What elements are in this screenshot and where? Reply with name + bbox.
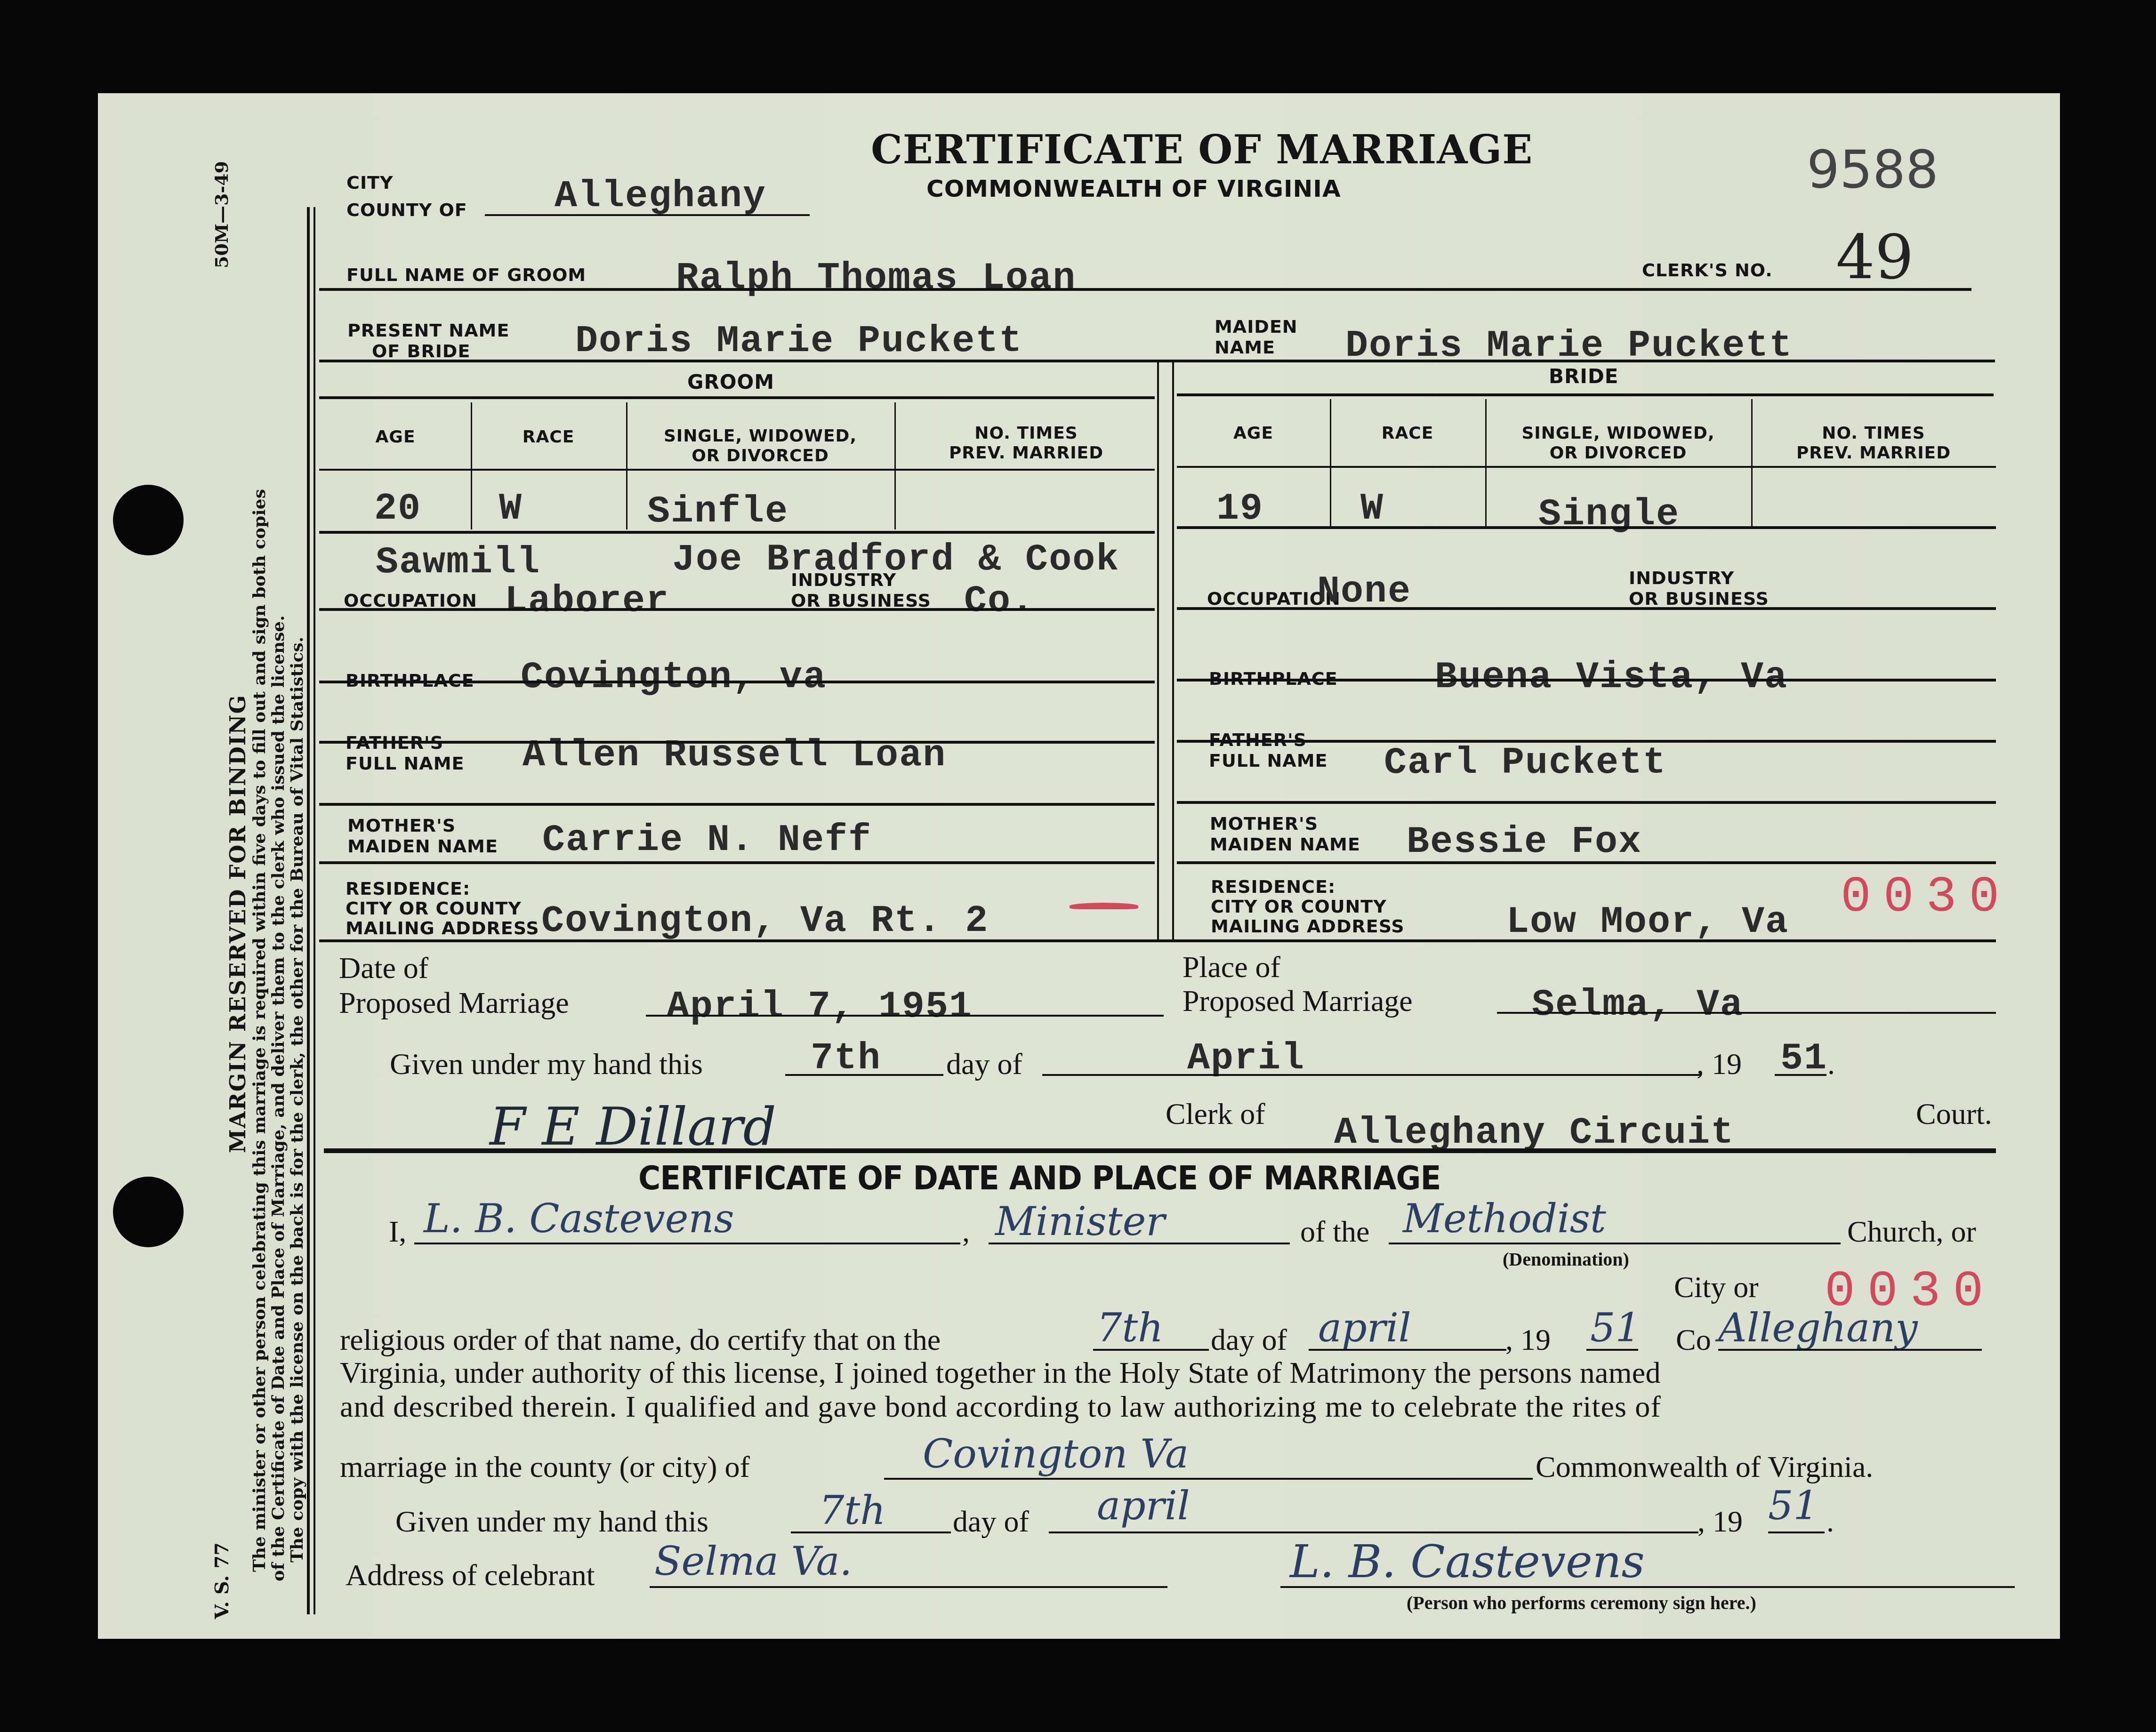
ceremony-line4-suffix: Commonwealth of Virginia. [1536,1450,1873,1484]
denomination-caption: (Denomination) [1503,1248,1629,1270]
ceremony-month-underline [1309,1349,1506,1351]
bride-industry-label-2: or Business [1629,588,1769,609]
bride-col-sep-3 [1751,399,1753,527]
groom-name-value: Ralph Thomas Loan [676,257,1076,300]
bride-heading: Bride [1549,366,1619,387]
date-underline [646,1015,1164,1017]
groom-name-rule [319,288,1971,291]
ceremony-line3: and described therein. I qualified and g… [340,1389,1661,1424]
margin-instruction-3: The copy with the license on the back is… [287,637,307,1563]
city-label: City [346,172,393,193]
bride-residence-label-3: Mailing Address [1211,916,1405,937]
ceremony-heading: CERTIFICATE OF DATE AND PLACE OF MARRIAG… [638,1159,1441,1197]
groom-col-times-2: Prev. Married [894,443,1158,463]
bride-occupation-rule [1177,607,1996,610]
ceremony-county: Alleghany [1718,1305,1918,1351]
officiant-comma: , [962,1214,970,1249]
ceremony-given-day-of: day of [953,1504,1029,1539]
groom-name-label: Full Name of Groom [346,265,586,285]
ceremony-line2: Virginia, under authority of this licens… [340,1355,1661,1390]
ceremony-year-prefix: , 19 [1505,1323,1551,1357]
address-value: Selma Va. [654,1538,852,1584]
groom-col-sep-3 [894,402,896,529]
bride-col-times-2: Prev. Married [1751,443,1996,463]
bride-col-age: Age [1177,424,1330,443]
binding-rule-outer [307,207,310,1614]
certificate-subtitle: Commonwealth of Virginia [926,175,1341,202]
groom-industry-label-1: Industry [791,569,896,590]
ceremony-given-period: . [1826,1504,1834,1539]
signature-underline [1280,1586,2015,1588]
bride-mother-label-1: Mother's [1210,813,1318,834]
mother-row-rule-right [1177,861,1996,864]
bride-col-sep-1 [1330,399,1331,527]
groom-occupation-line2: Laborer [505,580,669,623]
bride-mother-rule [1177,801,1996,804]
bride-father-rule [1177,740,1996,743]
groom-heading: Groom [687,372,774,393]
bride-col-times-1: No. Times [1751,424,1996,443]
groom-mother-label-1: Mother's [347,815,456,836]
groom-occupation-line1: Sawmill [376,541,540,584]
groom-occupation-rule [319,608,1155,611]
ceremony-year-underline [1586,1349,1638,1351]
place-value: Selma, Va [1532,984,1744,1026]
ceremony-day-of: day of [1211,1323,1287,1357]
co-label: Co [1676,1323,1711,1357]
license-day-of: day of [946,1047,1022,1082]
bride-maiden-label-2: Name [1215,337,1275,358]
clerks-no-label: Clerk's No. [1642,260,1773,281]
officiant-signature: L. B. Castevens [1290,1535,1645,1588]
margin-heading: MARGIN RESERVED FOR BINDING [225,694,250,1153]
court-label: Court. [1916,1097,1992,1131]
groom-col-times-1: No. Times [894,424,1158,443]
date-label-2: Proposed Marriage [339,986,569,1020]
place-label-1: Place of [1183,950,1280,985]
clerk-signature: F E Dillard [490,1097,776,1157]
ceremony-given-prefix: Given under my hand this [395,1504,708,1539]
bride-age: 19 [1216,488,1263,530]
of-the-label: of the [1300,1214,1370,1249]
bride-present-label-1: Present Name [347,320,509,341]
groom-father-rule [319,741,1155,744]
license-given-prefix: Given under my hand this [390,1047,703,1082]
ceremony-month: april [1318,1305,1411,1351]
officiant-underline [414,1243,960,1244]
ceremony-county-underline [1718,1349,1982,1351]
margin-instruction-1: The minister or other person celebrating… [249,489,269,1572]
groom-col-race: Race [471,427,626,447]
bride-marital-status: Single [1538,493,1680,536]
ceremony-given-year-underline [1768,1532,1825,1533]
groom-industry-line2: Co. [964,580,1035,623]
bride-col-rule [1177,466,1996,468]
denomination-underline [1389,1243,1841,1244]
i-label: I, [389,1214,406,1249]
bride-residence-label-2: City or County [1211,896,1387,917]
bride-birthplace-rule [1177,679,1996,682]
signature-caption: (Person who performs ceremony sign here.… [1407,1592,1756,1614]
groom-race: W [499,488,523,530]
date-value: April 7, 1951 [667,986,973,1028]
church-or-label: Church, or [1847,1214,1976,1249]
groom-birthplace-value: Covington, va [521,656,827,699]
date-label-1: Date of [339,951,428,986]
groom-age: 20 [374,488,421,530]
bride-col-race: Race [1330,424,1485,443]
bride-col-marital-2: or Divorced [1485,443,1751,463]
bride-mother-label-2: Maiden Name [1210,834,1360,855]
ceremony-line4-prefix: marriage in the county (or city) of [340,1450,750,1484]
denomination-value: Methodist [1403,1195,1606,1242]
binding-hole-bottom [113,1177,184,1247]
groom-heading-rule [319,396,1155,399]
serial-number: 9588 [1807,139,1939,200]
license-year-prefix: , 19 [1697,1047,1742,1082]
groom-mother-rule [319,803,1155,806]
certificate-title: Certificate of Marriage [871,126,1533,173]
clerk-rule [324,1148,1996,1153]
clerks-no-value: 49 [1836,221,1914,293]
ceremony-given-month-underline [1049,1532,1698,1533]
binding-rule-inner [314,207,315,1614]
bride-present-value: Doris Marie Puckett [575,320,1022,363]
groom-col-age: Age [320,427,471,447]
groom-residence-value: Covington, Va Rt. 2 [541,900,989,943]
bride-col-marital-1: Single, Widowed, [1485,424,1751,443]
bride-heading-rule [1177,393,1994,396]
margin-instruction-2: of the Certificate of Date and Place of … [268,615,288,1581]
address-underline [650,1586,1167,1588]
bond-location: Covington Va [923,1431,1189,1477]
center-divider-right [1172,362,1174,941]
bond-location-underline [884,1478,1533,1480]
license-period: . [1827,1047,1835,1082]
form-code: 50M—3-49 [211,161,232,268]
officiant-name: L. B. Castevens [424,1195,734,1242]
groom-col-rule [319,469,1155,471]
officiant-title: Minister [995,1198,1165,1244]
ceremony-day: 7th [1097,1305,1163,1351]
groom-col-marital-1: Single, Widowed, [626,426,894,446]
license-month-underline [1042,1074,1701,1076]
county-label: County of [346,200,467,220]
bride-father-value: Carl Puckett [1384,742,1666,785]
license-day-underline [785,1074,943,1076]
bride-father-label-2: Full Name [1209,750,1327,771]
ceremony-given-month: april [1097,1483,1190,1529]
address-label: Address of celebrant [346,1558,595,1593]
groom-mother-label-2: Maiden Name [347,836,498,857]
binding-hole-top [113,485,184,555]
ceremony-year: 51 [1590,1305,1641,1351]
groom-birthplace-rule [319,681,1155,683]
red-stamp-number-top: 0030 [1841,869,2011,926]
place-label-2: Proposed Marriage [1183,984,1413,1018]
bride-row-rule [1177,526,1996,529]
bride-maiden-label-1: Maiden [1215,316,1298,337]
ceremony-day-underline [1093,1349,1209,1351]
groom-col-sep-1 [471,402,472,529]
red-ink-mark [1070,903,1138,909]
city-or-label: City or [1674,1270,1759,1305]
bride-col-sep-2 [1485,399,1487,527]
license-year-underline [1775,1074,1826,1076]
residence-rule [319,939,1996,942]
groom-col-marital-2: or Divorced [626,446,894,466]
bride-mother-value: Bessie Fox [1407,821,1642,864]
groom-marital-status: Sinfle [647,490,788,533]
ceremony-given-year-prefix: , 19 [1697,1504,1743,1539]
groom-father-label-2: Full Name [346,753,464,774]
bride-residence-label-1: Residence: [1211,876,1335,897]
groom-residence-label-1: Residence: [346,878,470,899]
groom-col-sep-2 [626,402,627,529]
groom-mother-value: Carrie N. Neff [542,819,872,862]
ceremony-line1-prefix: religious order of that name, do certify… [340,1323,941,1357]
ceremony-given-day-underline [791,1532,951,1533]
mother-row-rule-left [319,861,1155,864]
bride-industry-label-1: Industry [1629,568,1734,588]
bride-race: W [1360,488,1384,530]
county-value: Alleghany [555,175,766,218]
form-id: V. S. 77 [211,1542,233,1619]
groom-row-rule [319,531,1155,534]
bride-birthplace-value: Buena Vista, Va [1435,656,1788,699]
bride-present-label-2: of Bride [372,341,470,361]
place-underline [1497,1012,1996,1014]
groom-residence-label-3: Mailing Address [346,918,539,938]
groom-residence-label-2: City or County [346,898,522,919]
ceremony-given-year: 51 [1768,1483,1818,1529]
clerk-of-label: Clerk of [1166,1097,1265,1131]
ceremony-given-day: 7th [819,1487,885,1533]
bride-residence-value: Low Moor, Va [1506,901,1789,944]
title-underline [989,1243,1290,1244]
